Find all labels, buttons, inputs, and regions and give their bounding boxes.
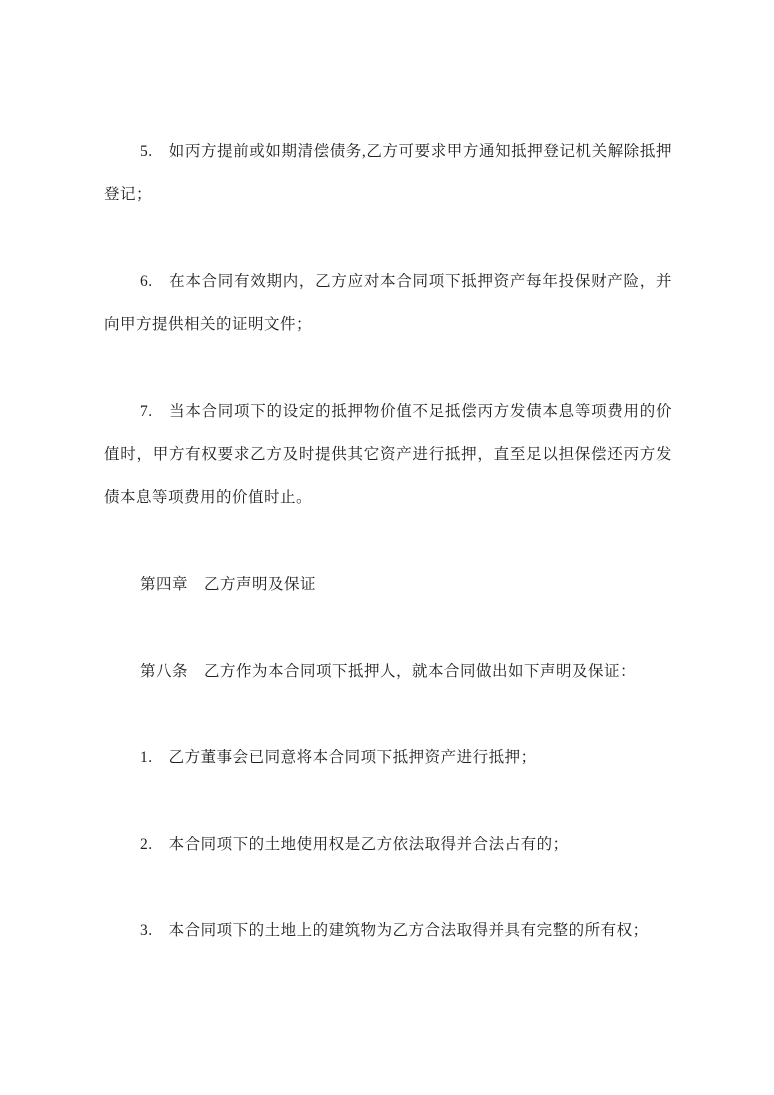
article-8-heading: 第八条 乙方作为本合同项下抵押人，就本合同做出如下声明及保证：: [104, 650, 672, 693]
document-page: 5. 如丙方提前或如期清偿债务,乙方可要求甲方通知抵押登记机关解除抵押登记； 6…: [0, 0, 774, 1095]
declaration-item-1: 1. 乙方董事会已同意将本合同项下抵押资产进行抵押；: [104, 736, 672, 779]
declaration-item-3: 3. 本合同项下的土地上的建筑物为乙方合法取得并具有完整的所有权；: [104, 909, 672, 952]
paragraph-clause-6: 6. 在本合同有效期内，乙方应对本合同项下抵押资产每年投保财产险，并向甲方提供相…: [104, 260, 672, 347]
declaration-item-2: 2. 本合同项下的土地使用权是乙方依法取得并合法占有的；: [104, 823, 672, 866]
contract-text-block: 5. 如丙方提前或如期清偿债务,乙方可要求甲方通知抵押登记机关解除抵押登记； 6…: [104, 130, 672, 953]
paragraph-clause-7: 7. 当本合同项下的设定的抵押物价值不足抵偿丙方发债本息等项费用的价值时，甲方有…: [104, 390, 672, 520]
paragraph-clause-5: 5. 如丙方提前或如期清偿债务,乙方可要求甲方通知抵押登记机关解除抵押登记；: [104, 130, 672, 217]
chapter-heading: 第四章 乙方声明及保证: [104, 563, 672, 606]
